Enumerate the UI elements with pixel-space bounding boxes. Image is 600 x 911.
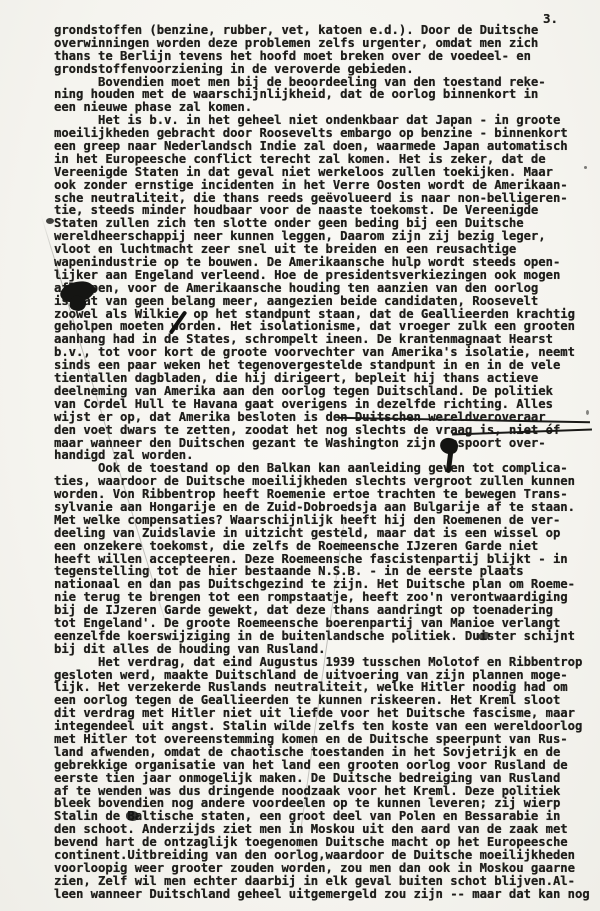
text-line: leen wanneer Duitschland geheel uitgemer… [54,888,594,901]
text-line: van Cordel Hull te Havana gaat overigens… [54,398,594,411]
text-line: lijker aan Engeland verleend. Hoe de pre… [54,269,594,282]
text-line: deelneming van Amerika aan den oorlog te… [54,385,594,398]
text-line: continent.Uitbreiding van den oorlog,waa… [54,849,594,862]
text-line: thans te Berlijn tevens het hoofd moet b… [54,50,594,63]
text-line: sylvanie aan Hongarije en de Zuid-Dobroe… [54,501,594,514]
text-line: voorloopig weer grooter zouden worden, z… [54,862,594,875]
text-line: grondstoffenvoorziening in de veroverde … [54,63,594,76]
text-line: een onzekere toekomst, die zelfs de Roem… [54,540,594,553]
text-line: wijst er op, dat Amerika besloten is den… [54,411,594,424]
paragraph: Ook de toestand op den Balkan kan aanlei… [54,462,594,655]
text-line: den voet dwars te zetten, zoodat het nog… [54,424,594,437]
text-line: land afwenden, omdat de chaotische toest… [54,746,594,759]
text-line: afloopen, voor de Amerikaansche houding … [54,282,594,295]
text-line: ook zonder ernstige incidenten in het Ve… [54,179,594,192]
text-line: met Hitler tot overeenstemming komen en … [54,733,594,746]
text-line: overwinningen worden deze problemen zelf… [54,37,594,50]
paragraph: Het is b.v. in het geheel niet ondenkbaa… [54,114,594,462]
paragraph: Het verdrag, dat eind Augustus 1939 tuss… [54,656,594,901]
text-line: is dat van geen belang meer, aangezien b… [54,295,594,308]
text-line: grondstoffen (benzine, rubber, vet, kato… [54,24,594,37]
text-line: gebrekkige organisatie van het land een … [54,759,594,772]
text-line: tot Engeland'. De groote Roemeensche boe… [54,617,594,630]
text-line: Het verdrag, dat eind Augustus 1939 tuss… [54,656,594,669]
paragraph: Bovendien moet men bij de beoordeeling v… [54,76,594,115]
text-line: eerste tien jaar onmogelijk maken. De Du… [54,772,594,785]
ink-speck [46,218,54,224]
text-line: deeling van Zuidslavie in uitzicht geste… [54,527,594,540]
scanned-typewritten-page: 3. grondstoffen (benzine, rubber, vet, k… [0,0,600,911]
text-line: Met welke compensaties? Waarschijnlijk h… [54,514,594,527]
text-line: bij dit alles de houding van Rusland. [54,643,594,656]
text-block: grondstoffen (benzine, rubber, vet, kato… [54,24,594,901]
text-line: wapenindustrie op te bouwen. De Amerikaa… [54,256,594,269]
text-line: eenzelfde koerswijziging in de buitenlan… [54,630,594,643]
text-line: zien, Zelf wil men echter daarbij in elk… [54,875,594,888]
text-line: een greep naar Nederlandsch Indie zal do… [54,140,594,153]
text-line: Vereenigde Staten in dat geval niet werk… [54,166,594,179]
text-line: tientallen dagbladen, die hij dirigeert,… [54,372,594,385]
text-line: in het Europeesche conflict terecht zal … [54,153,594,166]
paragraph: grondstoffen (benzine, rubber, vet, kato… [54,24,594,76]
